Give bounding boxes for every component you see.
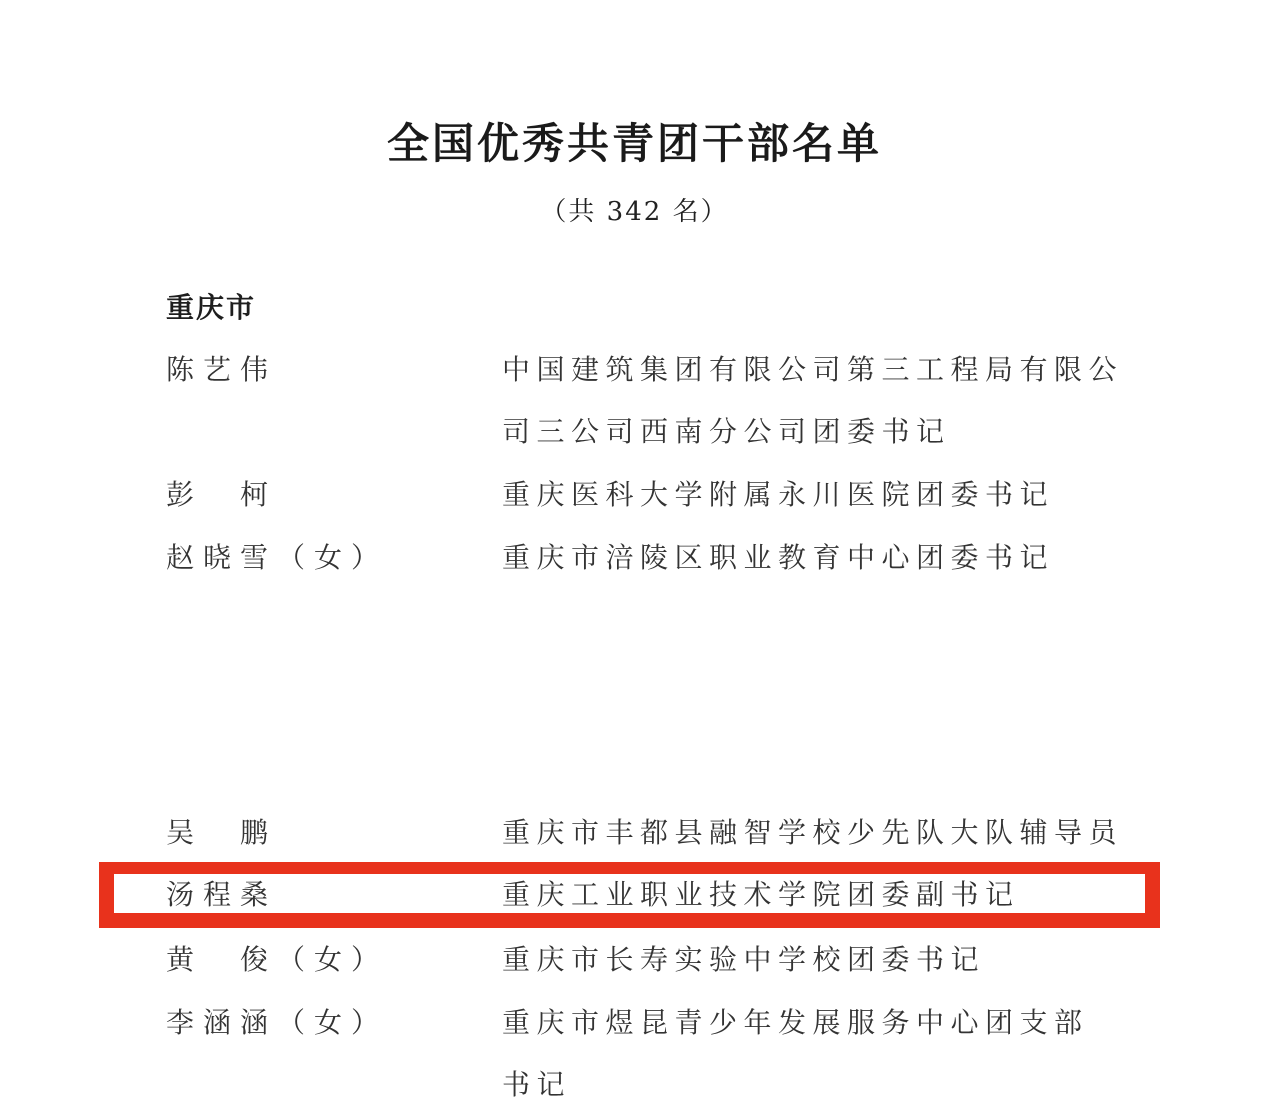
list-item-continuation: 司三公司西南分公司团委书记	[0, 412, 1269, 452]
person-name: 吴 鹏	[166, 813, 277, 853]
list-item: 吴 鹏 重庆市丰都县融智学校少先队大队辅导员	[0, 813, 1269, 853]
list-item: 彭 柯 重庆医科大学附属永川医院团委书记	[0, 475, 1269, 515]
person-name: 李涵涵（女）	[166, 1003, 388, 1043]
person-unit-continuation: 司三公司西南分公司团委书记	[502, 412, 951, 452]
person-unit: 重庆市长寿实验中学校团委书记	[502, 940, 985, 980]
document-title: 全国优秀共青团干部名单	[0, 116, 1269, 172]
red-highlight-box	[99, 862, 1160, 928]
list-item-continuation: 书记	[0, 1065, 1269, 1105]
person-name: 陈艺伟	[166, 350, 277, 390]
list-item: 陈艺伟 中国建筑集团有限公司第三工程局有限公	[0, 350, 1269, 390]
person-unit: 中国建筑集团有限公司第三工程局有限公	[502, 350, 1123, 390]
person-unit: 重庆医科大学附属永川医院团委书记	[502, 475, 1054, 515]
list-item: 黄 俊（女） 重庆市长寿实验中学校团委书记	[0, 940, 1269, 980]
section-heading-chongqing: 重庆市	[166, 288, 256, 328]
person-unit: 重庆市涪陵区职业教育中心团委书记	[502, 538, 1054, 578]
person-unit: 重庆市丰都县融智学校少先队大队辅导员	[502, 813, 1123, 853]
document-subtitle: （共 342 名）	[0, 192, 1269, 232]
person-unit: 重庆市煜昆青少年发展服务中心团支部	[502, 1003, 1089, 1043]
person-name: 彭 柯	[166, 475, 277, 515]
list-item: 赵晓雪（女） 重庆市涪陵区职业教育中心团委书记	[0, 538, 1269, 578]
list-item: 李涵涵（女） 重庆市煜昆青少年发展服务中心团支部	[0, 1003, 1269, 1043]
person-name: 赵晓雪（女）	[166, 538, 388, 578]
person-name: 黄 俊（女）	[166, 940, 388, 980]
person-unit-continuation: 书记	[502, 1065, 571, 1105]
